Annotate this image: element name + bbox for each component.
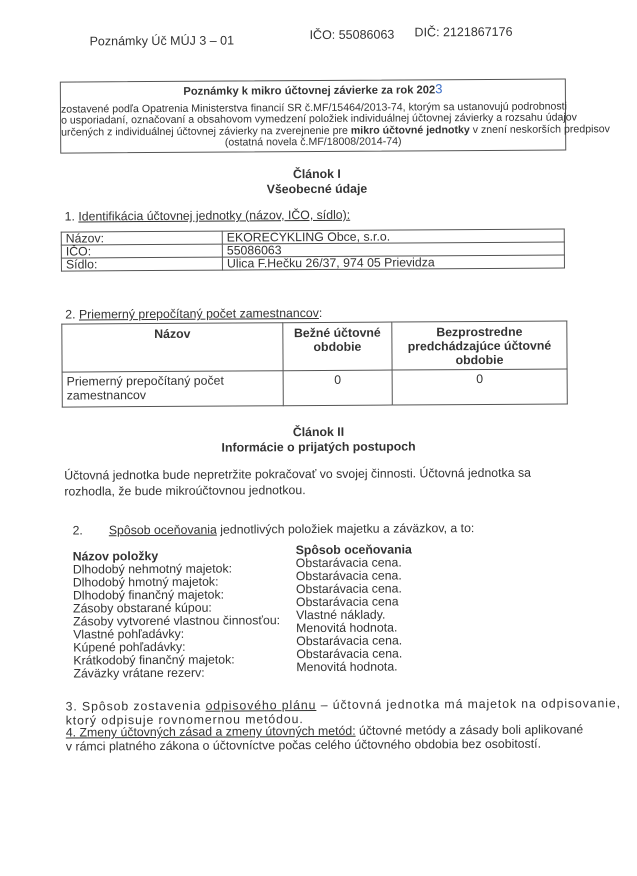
section-2-number: 2. [65,307,79,321]
table-row: Sídlo:Ulica F.Hečku 26/37, 974 05 Prievi… [61,255,564,271]
employees-table-header: Názov Bežné účtovné obdobie Bezprostredn… [62,321,567,372]
row-current: 0 [283,370,392,406]
row-previous: 0 [392,369,567,405]
continuity-paragraph: Účtovná jednotka bude nepretržite pokrač… [64,464,584,499]
section-2-colon: : [319,306,323,320]
field-label: Sídlo: [61,257,222,271]
article-2-heading: Článok II Informácie o prijatých postupo… [0,423,637,457]
section-2-heading: 2. Priemerný prepočítaný počet zamestnan… [65,306,322,322]
depreciation-rest: – účtovná jednotka má majetok na odpisov… [316,696,621,712]
depreciation-underlined: odpisového plánu [205,698,316,713]
valuation-title-underlined: Spôsob oceňovania [109,523,217,538]
depreciation-prefix: 3. Spôsob zostavenia [66,699,206,714]
header-dic: DIČ: 2121867176 [414,25,512,40]
subline-3-bold: mikro účtovné jednotky [351,124,470,137]
section-1-title: Identifikácia účtovnej jednotky (názov, … [78,208,350,224]
form-label: Poznámky Úč MÚJ 3 – 01 [90,34,235,49]
article-1-title: Všeobecné údaje [0,180,636,199]
list-item-method: Menovitá hodnota. [296,660,412,674]
valuation-method-list: Spôsob oceňovania Obstarávacia cena.Obst… [296,543,413,674]
col-header-previous: Bezprostredne predchádzajúce účtovné obd… [392,321,567,370]
article-1-heading: Článok I Všeobecné údaje [0,165,636,199]
title-text: Poznámky k mikro účtovnej závierke za ro… [183,84,435,98]
field-label: Názov: [61,231,222,245]
valuation-heading: 2.Spôsob oceňovania jednotlivých položie… [73,521,475,537]
document-title: Poznámky k mikro účtovnej závierke za ro… [61,82,565,99]
col-header-name: Názov [62,323,283,372]
section-2-title: Priemerný prepočítaný počet zamestnancov [79,306,319,321]
changes-rest: účtovné metódy a zásady boli aplikované [356,722,584,737]
valuation-number: 2. [73,523,83,537]
title-box: Poznámky k mikro účtovnej závierke za ro… [60,78,566,153]
list-item: Záväzky vrátane rezerv: [73,666,280,680]
field-value: Ulica F.Hečku 26/37, 974 05 Prievidza [222,255,564,270]
subline-3-tail: v znení neskorších predpisov [470,123,610,136]
valuation-item-list: Názov položky Dlhodobý nehmotný majetok:… [73,549,281,680]
handwritten-year-digit: 3 [435,81,442,96]
employees-table: Názov Bežné účtovné obdobie Bezprostredn… [61,320,568,407]
article-2-title: Informácie o prijatých postupoch [0,438,637,457]
table-row: Priemerný prepočítaný počet zamestnancov… [62,369,567,407]
header-ico: IČO: 55086063 [309,28,394,43]
valuation-title-rest: jednotlivých položiek majetku a záväzkov… [217,521,475,537]
section-1-heading: 1. Identifikácia účtovnej jednotky (názo… [65,208,351,224]
col-header-current: Bežné účtovné obdobie [283,322,392,371]
section-1-number: 1. [65,209,79,223]
identification-table: Názov:EKORECYKLING Obce, s.r.o.IČO:55086… [61,228,565,271]
scanned-page: Poznámky Úč MÚJ 3 – 01 IČO: 55086063 DIČ… [0,0,637,876]
changes-paragraph: 4. Zmeny účtovných zásad a zmeny útovnýc… [66,721,606,753]
changes-line-2: v rámci platného zákona o účtovníctve po… [66,737,606,753]
row-name: Priemerný prepočítaný počet zamestnancov [62,371,283,407]
field-label: IČO: [61,244,222,258]
